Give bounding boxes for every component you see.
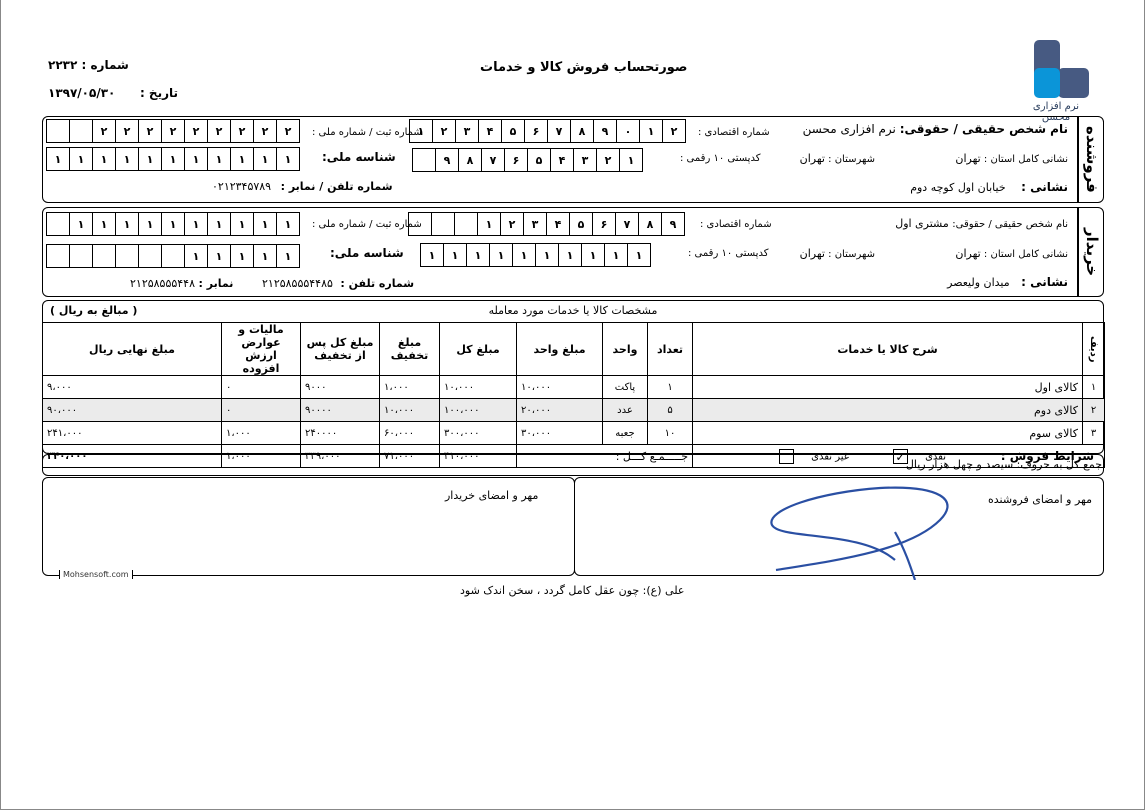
col-tax: مالیات و عوارض ارزش افزوده (222, 323, 301, 376)
digit-cell: ۶ (592, 212, 616, 236)
buyer-phone-label: شماره تلفن : (340, 277, 414, 290)
digit-cell: ۱ (230, 147, 254, 171)
seller-city: شهرستان : تهران (800, 152, 875, 165)
digit-cell: ۶ (524, 119, 548, 143)
cell-final: ۹،۰۰۰ (43, 376, 222, 399)
digit-cell: ۱ (443, 243, 467, 267)
buyer-postal-label: کدپستی ۱۰ رقمی : (688, 248, 768, 259)
invoice-number: شماره : ۲۲۳۲ (48, 58, 129, 72)
digit-cell: ۲ (596, 148, 620, 172)
digit-cell: ۱ (207, 147, 231, 171)
digit-cell: ۱ (161, 147, 185, 171)
digit-cell: ۱ (604, 243, 628, 267)
digit-cell: ۱ (276, 147, 300, 171)
cell-row: ۲ (1083, 399, 1105, 422)
cell-final: ۲۴۱،۰۰۰ (43, 422, 222, 445)
seller-economic-label: شماره اقتصادی : (698, 127, 770, 138)
digit-cell: ۳ (455, 119, 479, 143)
digit-cell: ۹ (593, 119, 617, 143)
seller-registration-number: ۲۲۲۲۲۲۲۲۲ (46, 119, 300, 143)
cell-unit: جعبه (603, 422, 648, 445)
cell-after-discount: ۹۰۰۰۰ (301, 399, 380, 422)
invoice-number-label: شماره : (81, 58, 128, 72)
digit-cell: ۱ (46, 147, 70, 171)
digit-cell: ۱ (138, 147, 162, 171)
digit-cell: ۱ (627, 243, 651, 267)
buyer-city: شهرستان : تهران (800, 247, 875, 260)
digit-cell: ۱ (581, 243, 605, 267)
buyer-economic-number: ۱۲۳۴۵۶۷۸۹ (408, 212, 685, 236)
digit-cell: ۵ (527, 148, 551, 172)
col-unit: واحد (603, 323, 648, 376)
digit-cell: ۱ (69, 212, 93, 236)
buyer-fax-label: نمابر : (199, 277, 234, 290)
cell-after-discount: ۹۰۰۰ (301, 376, 380, 399)
table-row: ۳ کالای سوم ۱۰ جعبه ۳۰،۰۰۰ ۳۰۰،۰۰۰ ۶۰،۰۰… (43, 422, 1105, 445)
digit-cell: ۷ (615, 212, 639, 236)
digit-cell: ۱ (115, 212, 139, 236)
digit-cell: ۵ (569, 212, 593, 236)
company-logo: نرم افزاری محسن (1018, 40, 1094, 112)
items-table: ردیف شرح کالا یا خدمات تعداد واحد مبلغ و… (42, 322, 1105, 468)
cell-qty: ۵ (648, 399, 693, 422)
buyer-address: نشانی : میدان ولیعصر (947, 275, 1068, 289)
seller-province: نشانی کامل استان : تهران (955, 152, 1068, 165)
cell-final: ۹۰،۰۰۰ (43, 399, 222, 422)
digit-cell: ۱ (230, 212, 254, 236)
cell-unit-price: ۱۰،۰۰۰ (517, 376, 603, 399)
digit-cell (412, 148, 436, 172)
col-total: مبلغ کل (440, 323, 517, 376)
seller-postal-code: ۹۸۷۶۵۴۳۲۱ (412, 148, 643, 172)
buyer-phone-value: ۲۱۲۵۸۵۵۵۴۴۸۵ (262, 277, 333, 290)
seller-national-id-label: شناسه ملی: (322, 150, 396, 164)
digit-cell (69, 244, 93, 268)
digit-cell: ۱ (466, 243, 490, 267)
digit-cell: ۱ (253, 212, 277, 236)
buyer-province-value: تهران (955, 247, 980, 260)
buyer-registration-number: ۱۱۱۱۱۱۱۱۱۱ (46, 212, 300, 236)
buyer-city-value: تهران (800, 247, 825, 260)
page-title: صورتحساب فروش کالا و خدمات (480, 60, 687, 75)
digit-cell (454, 212, 478, 236)
col-description: شرح کالا یا خدمات (693, 323, 1083, 376)
digit-cell: ۱ (489, 243, 513, 267)
col-qty: تعداد (648, 323, 693, 376)
cell-tax: ۱،۰۰۰ (222, 422, 301, 445)
cell-discount: ۱۰،۰۰۰ (380, 399, 440, 422)
seller-address-value: خیابان اول کوچه دوم (910, 181, 1005, 194)
table-header-row: ردیف شرح کالا یا خدمات تعداد واحد مبلغ و… (43, 323, 1105, 376)
buyer-name: نام شخص حقیقی / حقوقی: مشتری اول (895, 217, 1068, 230)
digit-cell: ۲ (161, 119, 185, 143)
digit-cell: ۱ (184, 212, 208, 236)
digit-cell: ۷ (481, 148, 505, 172)
table-row: ۱ کالای اول ۱ پاکت ۱۰،۰۰۰ ۱۰،۰۰۰ ۱،۰۰۰ ۹… (43, 376, 1105, 399)
digit-cell: ۸ (570, 119, 594, 143)
digit-cell: ۴ (478, 119, 502, 143)
cell-row: ۱ (1083, 376, 1105, 399)
cell-total: ۱۰،۰۰۰ (440, 376, 517, 399)
seller-city-value: تهران (800, 152, 825, 165)
digit-cell: ۲ (207, 119, 231, 143)
digit-cell: ۳ (523, 212, 547, 236)
seller-name-value: نرم افزاری محسن (803, 122, 896, 136)
cell-qty: ۱۰ (648, 422, 693, 445)
seller-name-label: نام شخص حقیقی / حقوقی: (900, 122, 1068, 136)
digit-cell: ۱ (92, 212, 116, 236)
col-discount: مبلغ تخفیف (380, 323, 440, 376)
invoice-number-value: ۲۲۳۲ (48, 58, 77, 72)
buyer-city-label: شهرستان : (828, 249, 875, 260)
digit-cell: ۱ (138, 212, 162, 236)
buyer-postal-code: ۱۱۱۱۱۱۱۱۱۱ (420, 243, 651, 267)
digit-cell: ۲ (253, 119, 277, 143)
digit-cell: ۳ (573, 148, 597, 172)
col-unit-price: مبلغ واحد (517, 323, 603, 376)
cell-unit: پاکت (603, 376, 648, 399)
digit-cell: ۲ (276, 119, 300, 143)
digit-cell: ۱ (92, 147, 116, 171)
digit-cell: ۲ (138, 119, 162, 143)
cell-total: ۳۰۰،۰۰۰ (440, 422, 517, 445)
invoice-date: تاریخ : ۱۳۹۷/۰۵/۳۰ (48, 86, 178, 100)
digit-cell: ۲ (184, 119, 208, 143)
digit-cell: ۱ (184, 244, 208, 268)
digit-cell: ۷ (547, 119, 571, 143)
buyer-province: نشانی کامل استان : تهران (955, 247, 1068, 260)
divider (1077, 116, 1079, 203)
digit-cell (46, 119, 70, 143)
col-row: ردیف (1083, 323, 1105, 376)
digit-cell: ۱ (253, 147, 277, 171)
seller-section-label: فروشنده (1080, 118, 1104, 201)
buyer-registration-label: شماره ثبت / شماره ملی : (312, 219, 422, 230)
invoice-date-value: ۱۳۹۷/۰۵/۳۰ (48, 86, 115, 100)
digit-cell: ۱ (230, 244, 254, 268)
digit-cell: ۲ (230, 119, 254, 143)
digit-cell (69, 119, 93, 143)
buyer-name-label: نام شخص حقیقی / حقوقی: (952, 219, 1068, 230)
digit-cell: ۴ (546, 212, 570, 236)
buyer-fax: نمابر : ۲۱۲۵۸۵۵۵۴۴۸ (130, 277, 233, 290)
footer-quote: علی (ع): چون عقل کامل گردد ، سخن اندک شو… (460, 584, 684, 597)
digit-cell: ۲ (92, 119, 116, 143)
cell-qty: ۱ (648, 376, 693, 399)
buyer-section-label: خریدار (1080, 209, 1104, 295)
digit-cell: ۱ (207, 244, 231, 268)
cell-unit-price: ۲۰،۰۰۰ (517, 399, 603, 422)
buyer-name-value: مشتری اول (895, 217, 949, 230)
digit-cell: ۱ (69, 147, 93, 171)
buyer-signature-label: مهر و امضای خریدار (445, 489, 538, 502)
digit-cell: ۲ (115, 119, 139, 143)
seller-phone: شماره تلفن / نمابر : ۰۲۱۲۳۴۵۷۸۹ (212, 180, 393, 193)
buyer-national-id: ۱۱۱۱۱ (46, 244, 300, 268)
digit-cell: ۲ (662, 119, 686, 143)
digit-cell: ۸ (458, 148, 482, 172)
cell-discount: ۶۰،۰۰۰ (380, 422, 440, 445)
digit-cell (161, 244, 185, 268)
digit-cell (92, 244, 116, 268)
digit-cell: ۱ (161, 212, 185, 236)
buyer-phone: شماره تلفن : ۲۱۲۵۸۵۵۵۴۴۸۵ (262, 277, 414, 290)
seller-registration-label: شماره ثبت / شماره ملی : (312, 127, 422, 138)
digit-cell: ۱ (535, 243, 559, 267)
digit-cell: ۰ (616, 119, 640, 143)
digit-cell (46, 244, 70, 268)
digit-cell: ۸ (638, 212, 662, 236)
digit-cell (431, 212, 455, 236)
invoice-date-label: تاریخ : (140, 86, 178, 100)
seller-postal-label: کدپستی ۱۰ رقمی : (680, 153, 760, 164)
digit-cell: ۱ (639, 119, 663, 143)
cell-description: کالای دوم (693, 399, 1083, 422)
cell-after-discount: ۲۴۰۰۰۰ (301, 422, 380, 445)
digit-cell: ۱ (115, 147, 139, 171)
col-final: مبلغ نهایی ریال (43, 323, 222, 376)
cell-total: ۱۰۰،۰۰۰ (440, 399, 517, 422)
digit-cell: ۱ (477, 212, 501, 236)
items-section-title: مشخصات کالا یا خدمات مورد معامله (42, 304, 1104, 317)
digit-cell: ۹ (661, 212, 685, 236)
buyer-address-label: نشانی : (1021, 275, 1068, 289)
cell-discount: ۱،۰۰۰ (380, 376, 440, 399)
digit-cell: ۱ (558, 243, 582, 267)
digit-cell: ۶ (504, 148, 528, 172)
buyer-address-value: میدان ولیعصر (947, 276, 1010, 289)
cell-unit: عدد (603, 399, 648, 422)
amount-in-words: جمع کل به حروف: سیصد و چهل هزار ریال (906, 458, 1102, 471)
digit-cell (115, 244, 139, 268)
digit-cell: ۱ (420, 243, 444, 267)
cell-tax: ۰ (222, 399, 301, 422)
digit-cell: ۱ (512, 243, 536, 267)
seller-signature-label: مهر و امضای فروشنده (988, 493, 1092, 506)
divider (1077, 207, 1079, 297)
digit-cell: ۱ (253, 244, 277, 268)
cell-description: کالای اول (693, 376, 1083, 399)
table-row: ۲ کالای دوم ۵ عدد ۲۰،۰۰۰ ۱۰۰،۰۰۰ ۱۰،۰۰۰ … (43, 399, 1105, 422)
digit-cell: ۱ (184, 147, 208, 171)
col-after-discount: مبلغ کل پس از تخفیف (301, 323, 380, 376)
cell-row: ۳ (1083, 422, 1105, 445)
seller-address-label: نشانی : (1021, 180, 1068, 194)
digit-cell: ۲ (500, 212, 524, 236)
signature-icon (760, 480, 1000, 580)
seller-phone-label: شماره تلفن / نمابر : (281, 180, 393, 193)
digit-cell: ۱ (207, 212, 231, 236)
website-label: Mohsensoft.com (59, 570, 133, 579)
seller-city-label: شهرستان : (828, 154, 875, 165)
digit-cell: ۹ (435, 148, 459, 172)
seller-province-value: تهران (955, 152, 980, 165)
buyer-fax-value: ۲۱۲۵۸۵۵۵۴۴۸ (130, 277, 195, 290)
digit-cell: ۱ (619, 148, 643, 172)
digit-cell: ۲ (432, 119, 456, 143)
digit-cell (138, 244, 162, 268)
seller-address: نشانی : خیابان اول کوچه دوم (910, 180, 1068, 194)
logo-icon (1018, 40, 1094, 98)
digit-cell: ۴ (550, 148, 574, 172)
digit-cell: ۵ (501, 119, 525, 143)
seller-name: نام شخص حقیقی / حقوقی: نرم افزاری محسن (803, 122, 1068, 136)
seller-phone-value: ۰۲۱۲۳۴۵۷۸۹ (212, 180, 271, 193)
buyer-national-id-label: شناسه ملی: (330, 246, 404, 260)
digit-cell: ۱ (276, 244, 300, 268)
digit-cell: ۱ (276, 212, 300, 236)
cell-description: کالای سوم (693, 422, 1083, 445)
buyer-economic-label: شماره اقتصادی : (700, 219, 772, 230)
buyer-province-label: نشانی کامل استان : (984, 249, 1068, 260)
seller-national-id: ۱۱۱۱۱۱۱۱۱۱۱ (46, 147, 300, 171)
seller-province-label: نشانی کامل استان : (984, 154, 1068, 165)
seller-economic-number: ۱۲۳۴۵۶۷۸۹۰۱۲ (409, 119, 686, 143)
digit-cell (46, 212, 70, 236)
cell-unit-price: ۳۰،۰۰۰ (517, 422, 603, 445)
currency-note: ( مبالغ به ریال ) (50, 304, 137, 317)
cell-tax: ۰ (222, 376, 301, 399)
